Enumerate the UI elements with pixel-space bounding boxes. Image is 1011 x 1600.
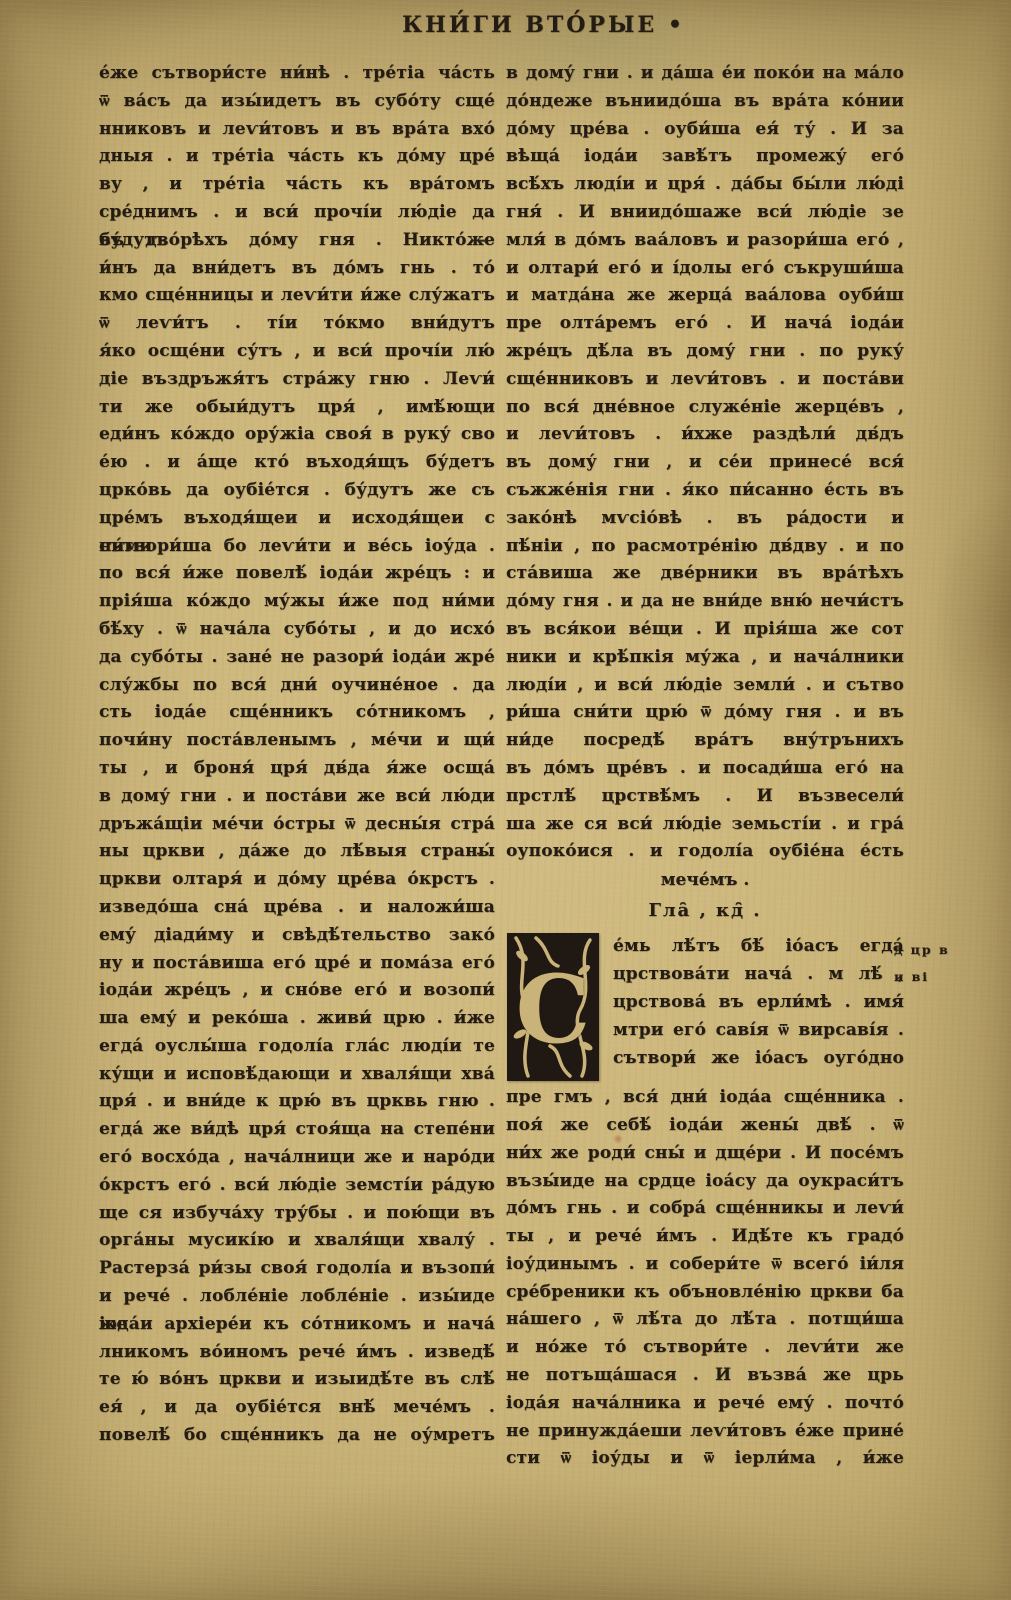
text-line: црко́вь да оубіе́тся . бу́дутъ же съ	[99, 477, 495, 505]
text-line: дныя . и тре́тіа ча́сть къ до́му цре́	[99, 143, 495, 171]
text-line: въ вся́кои ве́щи . И прія́ша же сот	[506, 616, 904, 644]
text-line: и но́же то́ сътвори́те . леѵи́ти же	[506, 1334, 904, 1362]
running-title: КНИ́ГИ ВТО́РЫЕ •	[38, 12, 1011, 38]
text-line: цря́ . и вни́де к црю́ въ црквь гню .	[99, 1088, 495, 1116]
text-line: Растерза́ ри́зы своя́ годолі́а и възопи́	[99, 1255, 495, 1283]
text-line: іода́и жре́цъ , и сно́ве его́ и возопи́	[99, 977, 495, 1005]
text-line: по вся́ дне́вное служе́ніе жерце́въ ,	[506, 394, 904, 422]
text-line: сре́бреники къ объновле́нію цркви ба	[506, 1279, 904, 1307]
lines-beside-initial: е́мь лѣ́тъ бѣ́ іо́асъ егда́црствова́ти н…	[613, 932, 904, 1072]
ornate-initial-woodcut: С	[506, 932, 600, 1082]
text-line: ему́ діади́му и свѣдѣ́тельство зако́	[99, 922, 495, 950]
margin-note-line: д цр в	[894, 936, 989, 963]
left-text-column: е́же сътвори́сте ни́нѣ . тре́тіа ча́стьѿ…	[99, 60, 495, 1450]
text-line: лникомъ во́иномъ рече́ и́мъ . изведѣ́	[99, 1339, 495, 1367]
text-line: и́нъ да вни́детъ въ до́мъ гнь . то́	[99, 255, 495, 283]
text-line: слу́жбы по вся́ дни́ оучине́ное . да	[99, 672, 495, 700]
text-line: е́ю . и а́ще кто́ въходя́щъ бу́детъ	[99, 449, 495, 477]
text-line: ша же ся вси́ лю́діе земьсті́и . и гра́	[506, 811, 904, 839]
text-line: ку́щи и исповѣ́дающи и хваля́щи хва́	[99, 1061, 495, 1089]
text-line: кмо сще́нницы и леѵи́ти и́же слу́жатъ	[99, 282, 495, 310]
text-line: іода́я нача́лника и рече́ ему́ . почто́	[506, 1390, 904, 1418]
text-line: и матда́на же жерца́ ваа́лова оуби́ш	[506, 282, 904, 310]
text-line: повелѣ́ бо сще́нникъ да не оу́мретъ	[99, 1422, 495, 1450]
chapter-opening: С е́мь лѣ́тъ бѣ́ іо́асъ егда́црствова́ти…	[506, 932, 904, 1084]
text-line: възы́иде на срдце іоа́су да оукраси́тъ	[506, 1168, 904, 1196]
text-line: до́му цре́ва . оуби́ша ея́ ту́ . И за	[506, 116, 904, 144]
text-line: его́ восхо́да , нача́лници же и наро́ди	[99, 1144, 495, 1172]
text-line: ѿ ва́съ да изы́идетъ въ субо́ту сще́	[99, 88, 495, 116]
text-line: іода́и архіере́и къ со́тникомъ и нача́	[99, 1311, 495, 1339]
text-line: діе въздръжя́тъ стра́жу гню . Леѵи́	[99, 366, 495, 394]
text-line: мтри его́ саві́я ѿ вирсаві́я .	[613, 1016, 904, 1044]
text-line: до́ндеже въниидо́ша въ вра́та ко́нии	[506, 88, 904, 116]
text-line: гня́ . И вниидо́шаже вси́ лю́діе зе	[506, 199, 904, 227]
gutter-dash-mark: –	[479, 230, 487, 249]
text-line: ста́виша же две́рники въ вра́тѣхъ	[506, 560, 904, 588]
text-line: въ до́мъ цре́въ . и посади́ша его́ на	[506, 755, 904, 783]
text-line: почи́ну поста́вленымъ , ме́чи и щи́	[99, 727, 495, 755]
text-line: ще ся избуча́ху тру́бы . и пою́щи въ	[99, 1200, 495, 1228]
text-line: ни́х же роди́ сны́ и дще́ри . И посе́мъ	[506, 1140, 904, 1168]
text-line: и леѵи́товъ . и́хже раздѣли́ дв́дъ	[506, 421, 904, 449]
text-line: бѣ́ху . ѿ нача́ла субо́ты , и до исхо́	[99, 616, 495, 644]
text-line: в дому́ гни . и да́ша е́и поко́и на ма́л…	[506, 60, 904, 88]
text-line: прстлѣ́ црствѣ́мъ . И възвесели́	[506, 783, 904, 811]
text-line: ны цркви , да́же до лѣ́выя страны́	[99, 838, 495, 866]
text-line: всѣ́хъ люді́и и цря́ . да́бы бы́ли лю́ді	[506, 171, 904, 199]
text-line: съжже́нія гни . я́ко пи́санно е́сть въ	[506, 477, 904, 505]
text-line: ѿ леѵи́тъ . ті́и то́кмо вни́дутъ	[99, 310, 495, 338]
text-line: цре́мъ въходя́щеи и исходя́щеи с ни́ми	[99, 505, 495, 533]
text-line: ти же обыи́дутъ цря́ , имѣ́ющи	[99, 394, 495, 422]
text-line: вѣща́ іода́и завѣ́тъ промежу́ его́	[506, 143, 904, 171]
text-line: не потъща́шася . И възва́ же црь	[506, 1362, 904, 1390]
text-line: пѣ́ніи , по расмотре́нію дв́дву . и по	[506, 533, 904, 561]
text-line: въ дво́рѣхъ до́му гня . Никто́же	[99, 227, 495, 255]
text-line: жре́цъ дѣ́ла въ дому́ гни . по руку́	[506, 338, 904, 366]
text-line: егда́ оуслы́ша годолі́а гла́с люді́и те	[99, 1033, 495, 1061]
text-line: ники и крѣ́пкія му́жа , и нача́лники	[506, 644, 904, 672]
text-line: въ дому́ гни , и се́и принесе́ вся́	[506, 449, 904, 477]
text-line: е́мь лѣ́тъ бѣ́ іо́асъ егда́	[613, 932, 904, 960]
text-line: егда́ же ви́дѣ цря́ стоя́ща на степе́ни	[99, 1116, 495, 1144]
text-line: те ю́ во́нъ цркви и изыидѣ́те въ слѣ́	[99, 1366, 495, 1394]
right-text-column: в дому́ гни . и да́ша е́и поко́и на ма́л…	[506, 60, 904, 1473]
right-column-bottom-lines: пре гмъ , вся́ дни́ іода́а сще́нника .по…	[506, 1084, 904, 1473]
text-line: сътвори́ша бо леѵи́ти и ве́сь іоу́да .	[99, 533, 495, 561]
text-line: ты , и броня́ цря́ дв́да я́же осща́	[99, 755, 495, 783]
text-line: цркви олтаря́ и до́му цре́ва о́крстъ .	[99, 866, 495, 894]
text-line: да субо́ты . зане́ не разори́ іода́и жре…	[99, 644, 495, 672]
text-line: не принужда́еши леѵи́товъ е́же прине́	[506, 1418, 904, 1446]
text-line: зако́нѣ мѵсіо́вѣ . въ ра́дости и	[506, 505, 904, 533]
text-line: е́же сътвори́сте ни́нѣ . тре́тіа ча́сть	[99, 60, 495, 88]
text-line: сътвори́ же іо́асъ оуго́дно	[613, 1044, 904, 1072]
text-line: нниковъ и леѵи́товъ и въ вра́та вхо́	[99, 116, 495, 144]
text-line: дръжа́щіи ме́чи о́стры ѿ десны́я стра́	[99, 811, 495, 839]
text-line: до́му гня . и да не вни́де вню́ нечи́стъ	[506, 588, 904, 616]
margin-reference-note: д цр в и ві	[894, 936, 989, 990]
text-line: сще́нниковъ и леѵи́товъ . и поста́ви	[506, 366, 904, 394]
text-line: на́шего , ѿ лѣ́та до лѣ́та . потщи́ша	[506, 1306, 904, 1334]
text-line: ты , и рече́ и́мъ . Идѣ́те къ градо́	[506, 1223, 904, 1251]
text-line: црствова́ въ ерли́мѣ . имя́	[613, 988, 904, 1016]
right-column-top-lines: в дому́ гни . и да́ша е́и поко́и на ма́л…	[506, 60, 904, 866]
text-line: люді́и , и вси́ лю́діе земли́ . и сътво	[506, 672, 904, 700]
text-line: по вся́ и́же повелѣ́ іода́и жре́цъ : и	[99, 560, 495, 588]
text-line: іоу́динымъ . и собери́те ѿ всего́ іи́ля	[506, 1251, 904, 1279]
chapter-heading: Гла̑ , кд̑ .	[506, 896, 904, 926]
text-line: о́крстъ его́ . вси́ лю́діе земсті́и ра́д…	[99, 1172, 495, 1200]
text-line: прія́ша ко́ждо му́жы и́же под ни́ми	[99, 588, 495, 616]
book-page-scan: КНИ́ГИ ВТО́РЫЕ • е́же сътвори́сте ни́нѣ …	[0, 0, 1011, 1600]
gutter-dash-mark: –	[476, 843, 484, 862]
text-line: пре гмъ , вся́ дни́ іода́а сще́нника .	[506, 1084, 904, 1112]
initial-letter: С	[516, 955, 591, 1065]
text-line: сть іода́е сще́нникъ со́тникомъ ,	[99, 699, 495, 727]
text-line: оупоко́ися . и годолі́а оубіе́на е́сть	[506, 838, 904, 866]
text-line: я́ко осще́ни су́тъ , и вси́ прочі́и лю́	[99, 338, 495, 366]
text-line: ри́ша сни́ти црю́ ѿ до́му гня . и въ	[506, 699, 904, 727]
text-line: и рече́ . лобле́ніе лобле́ніе . изы́иде …	[99, 1283, 495, 1311]
text-line: изведо́ша сна́ цре́ва . и наложи́ша	[99, 894, 495, 922]
text-line: црствова́ти нача́ . м лѣ́ ,	[613, 960, 904, 988]
text-line: ша ему́ и реко́ша . живи́ црю . и́же	[99, 1005, 495, 1033]
paragraph-end-line: мече́мъ .	[506, 866, 904, 894]
text-line: ву , и тре́тіа ча́сть къ вра́томъ	[99, 171, 495, 199]
text-line: пре олта́ремъ его́ . И нача́ іода́и	[506, 310, 904, 338]
text-line: до́мъ гнь . и собра́ сще́нникы и леѵи́	[506, 1195, 904, 1223]
text-line: орга́ны мусикі́ю и хваля́щи хвалу́ .	[99, 1227, 495, 1255]
text-line: сре́днимъ . и вси́ прочі́и лю́діе да бу́…	[99, 199, 495, 227]
text-line: еди́нъ ко́ждо ору́жіа своя́ в руку́ сво	[99, 421, 495, 449]
text-line: ея́ , и да оубіе́тся внѣ́ мече́мъ .	[99, 1394, 495, 1422]
text-line: поя́ же себѣ́ іода́и жены́ двѣ́ . ѿ	[506, 1112, 904, 1140]
text-line: ну и поста́виша его́ цре́ и пома́за его́	[99, 950, 495, 978]
text-line: мля́ в до́мъ ваа́ловъ и разори́ша его́ ,	[506, 227, 904, 255]
text-line: в дому́ гни . и поста́ви же вси́ лю́ди	[99, 783, 495, 811]
text-line: ни́де посредѣ́ вра́тъ вну́трънихъ	[506, 727, 904, 755]
text-line: и олтари́ его́ и і́долы его́ съкруши́ша	[506, 255, 904, 283]
margin-note-line: и ві	[894, 963, 989, 990]
text-line: сти ѿ іоу́ды и ѿ іерли́ма , и́же	[506, 1445, 904, 1473]
